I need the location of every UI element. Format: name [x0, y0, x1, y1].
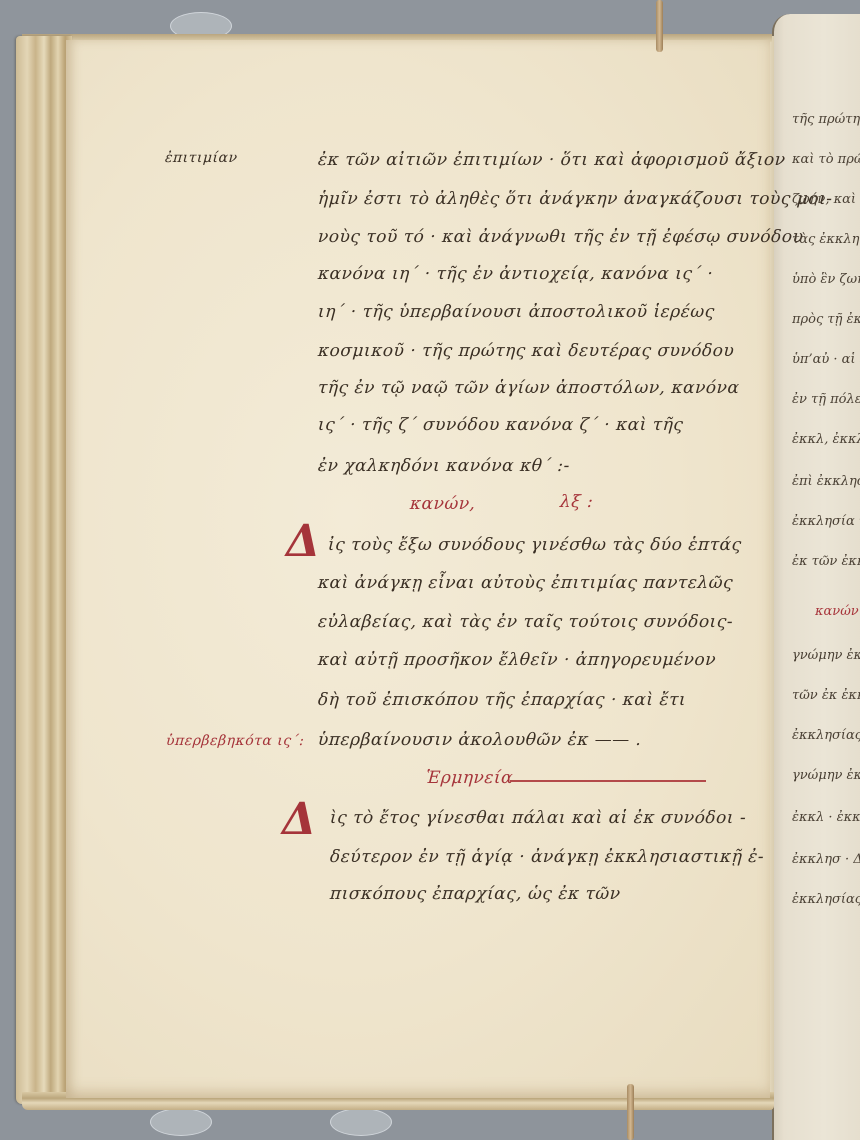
text-line: τῆς ἐν τῷ ναῷ τῶν ἁγίων ἀποστόλων, κανόν…	[317, 378, 740, 398]
text-line: ὑπερβαίνουσιν ἀκολουθῶν ἐκ —— .	[317, 730, 642, 750]
decorated-initial: Δ	[286, 520, 320, 564]
text-line: νοὺς τοῦ τό · καὶ ἀνάγνωθι τῆς ἐν τῇ ἐφέ…	[317, 227, 804, 247]
text-line: ὶς τὸ ἔτος γίνεσθαι πάλαι καὶ αἱ ἐκ συνό…	[329, 808, 747, 828]
right-page-line: τῆς πρώτης ὑπο, ἐ	[792, 112, 860, 127]
text-line: κοσμικοῦ · τῆς πρώτης καὶ δευτέρας συνόδ…	[317, 341, 735, 361]
bookmark-strip-top	[656, 0, 663, 52]
canon-heading: κανών,	[409, 494, 476, 514]
text-line: κανόνα ιη΄ · τῆς ἐν ἀντιοχείᾳ, κανόνα ις…	[317, 264, 714, 284]
right-page-line: ἐκκλησ · Δεκ	[792, 852, 860, 867]
right-page-line: τὰς ἐκκλησίας	[792, 232, 860, 247]
text-line: δεύτερον ἐν τῇ ἁγίᾳ · ἀνάγκῃ ἐκκλησιαστι…	[329, 847, 765, 867]
right-page-line: ἐκ τῶν ἐκκλ	[792, 554, 860, 569]
right-page-line: ἐν τῇ πόλει ἐ	[792, 392, 860, 407]
text-line: ἰς τοὺς ἔξω συνόδους γινέσθω τὰς δύο ἑπτ…	[327, 535, 742, 555]
right-facing-page	[772, 14, 860, 1140]
text-line: ις΄ · τῆς ζ΄ συνόδου κανόνα ζ΄ · καὶ τῆς	[317, 415, 684, 435]
right-page-line: ὑπ’αὐ · αἱ ἐκκλ	[792, 352, 860, 367]
right-page-line: ἐκκλ, ἐκκλησί	[792, 432, 860, 447]
text-line: ἐκ τῶν αἰτιῶν ἐπιτιμίων · ὅτι καὶ ἀφορισ…	[317, 150, 786, 170]
right-page-line: ἐκκλησία τοῦ	[792, 514, 860, 529]
right-page-line: καὶ τὸ πρῶτον τ	[792, 152, 860, 167]
text-line: πισκόπους ἐπαρχίας, ὡς ἐκ τῶν	[329, 884, 621, 904]
right-page-line: ζωήν, καὶ ὁ ἐ	[792, 192, 860, 207]
text-line: δὴ τοῦ ἐπισκόπου τῆς ἐπαρχίας · καὶ ἔτι	[317, 690, 687, 710]
hermeneia-heading: Ἑρμηνεία	[425, 768, 514, 788]
text-line: ἐν χαλκηδόνι κανόνα κθ΄ :-	[317, 456, 570, 476]
book-binding-edge	[16, 36, 72, 1104]
right-page-line: γνώμην ἐκκλ	[792, 648, 860, 663]
right-page-heading: κανών	[815, 604, 860, 619]
page-weight-clip	[150, 1108, 212, 1136]
margin-note-red: ὑπερβεβηκότα ις΄:	[165, 733, 304, 749]
heading-rule	[510, 780, 706, 782]
text-line: καὶ ἀνάγκῃ εἶναι αὐτοὺς ἐπιτιμίας παντελ…	[317, 573, 734, 593]
right-page-line: ὑπὸ ἓν ζωὴν, κ	[792, 272, 860, 287]
right-page-line: ἐκκλησίας ἀπ	[792, 892, 860, 907]
right-page-line: τῶν ἐκ ἐκκλ	[792, 688, 860, 703]
text-line: καὶ αὐτῇ προσῆκον ἔλθεῖν · ἀπηγορευμένον	[317, 650, 716, 670]
decorated-initial: Δ	[282, 798, 316, 842]
margin-note: ἐπιτιμίαν	[164, 150, 238, 166]
right-page-line: γνώμην ἐκκ	[792, 768, 860, 783]
right-page-line: ἐκκλησίας ἐκ	[792, 728, 860, 743]
right-page-line: ἐκκλ · ἐκκ	[792, 810, 860, 825]
text-line: ιη΄ · τῆς ὑπερβαίνουσι ἀποστολικοῦ ἱερέω…	[317, 302, 715, 322]
canon-number: λξ :	[559, 492, 594, 512]
text-line: εὐλαβείας, καὶ τὰς ἐν ταῖς τούτοις συνόδ…	[317, 612, 733, 632]
right-page-line: πρὸς τῇ ἐκκλ	[792, 312, 860, 327]
page-weight-clip	[330, 1108, 392, 1136]
right-page-line: ἐπὶ ἐκκλησ	[792, 474, 860, 489]
bookmark-strip-bottom	[627, 1084, 634, 1140]
text-line: ἡμῖν ἐστι τὸ ἀληθὲς ὅτι ἀνάγκην ἀναγκάζο…	[317, 189, 833, 209]
